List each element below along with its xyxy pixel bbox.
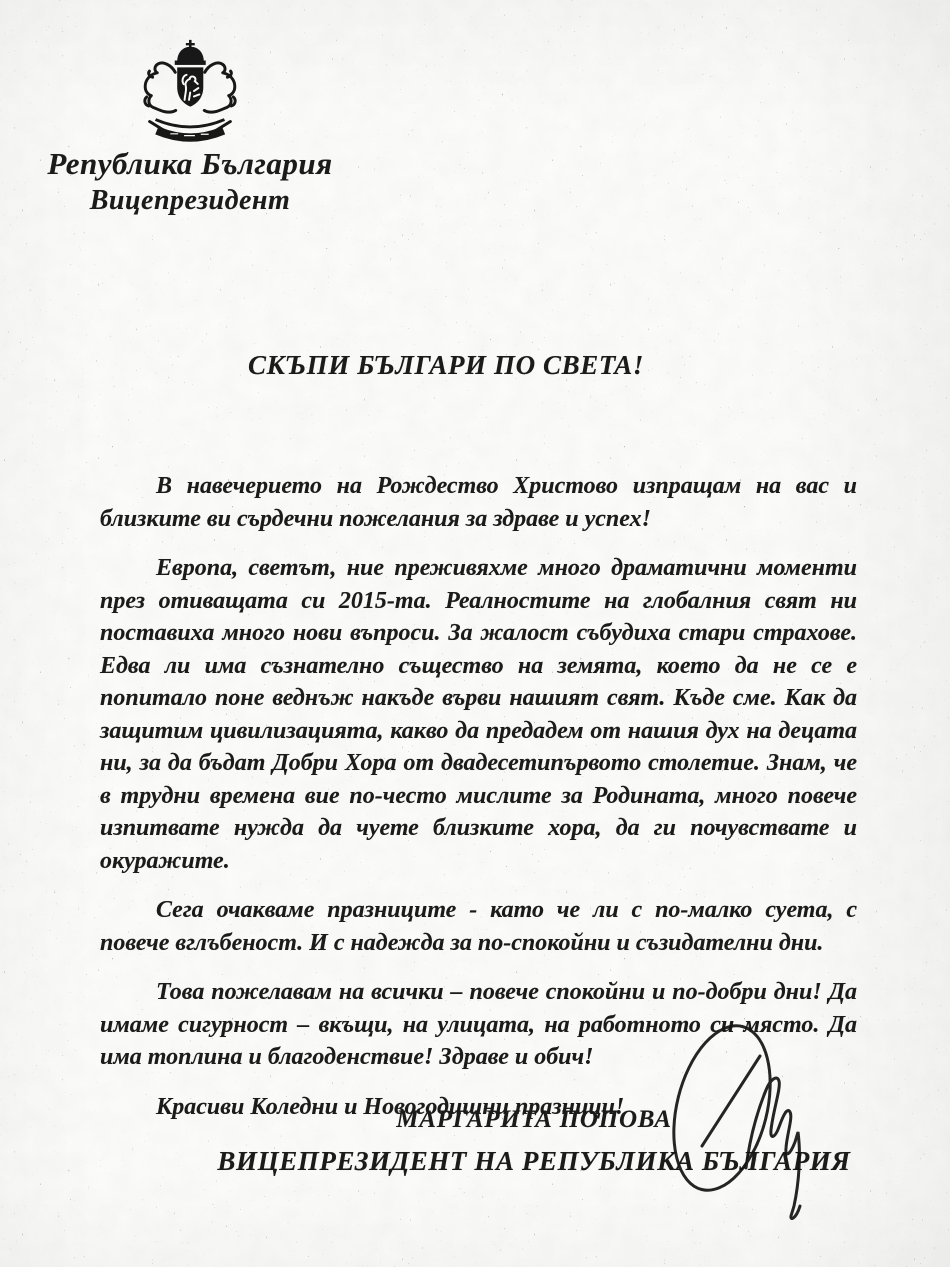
letterhead-state-name: Република България	[18, 146, 362, 182]
letterhead-office-title: Вицепрезидент	[18, 185, 362, 217]
signoff-block: МАРГАРИТА ПОПОВА ВИЦЕПРЕЗИДЕНТ НА РЕПУБЛ…	[118, 1106, 950, 1177]
signer-title: ВИЦЕПРЕЗИДЕНТ НА РЕПУБЛИКА БЪЛГАРИЯ	[118, 1146, 950, 1177]
signer-name: МАРГАРИТА ПОПОВА	[118, 1106, 950, 1134]
letter-paragraph: Сега очакваме празниците - като че ли с …	[100, 894, 857, 959]
letter-salutation: СКЪПИ БЪЛГАРИ ПО СВЕТА!	[66, 350, 826, 381]
letter-paragraph: Европа, светът, ние преживяхме много дра…	[100, 552, 857, 877]
letter-body: В навечерието на Рождество Христово изпр…	[100, 470, 857, 1140]
letter-paragraph: В навечерието на Рождество Христово изпр…	[100, 470, 857, 535]
letter-paragraph: Това пожелавам на всички – повече спокой…	[100, 976, 857, 1074]
bulgaria-coat-of-arms-icon	[126, 38, 254, 146]
scanned-letter-page: Република България Вицепрезидент СКЪПИ Б…	[0, 0, 950, 1267]
